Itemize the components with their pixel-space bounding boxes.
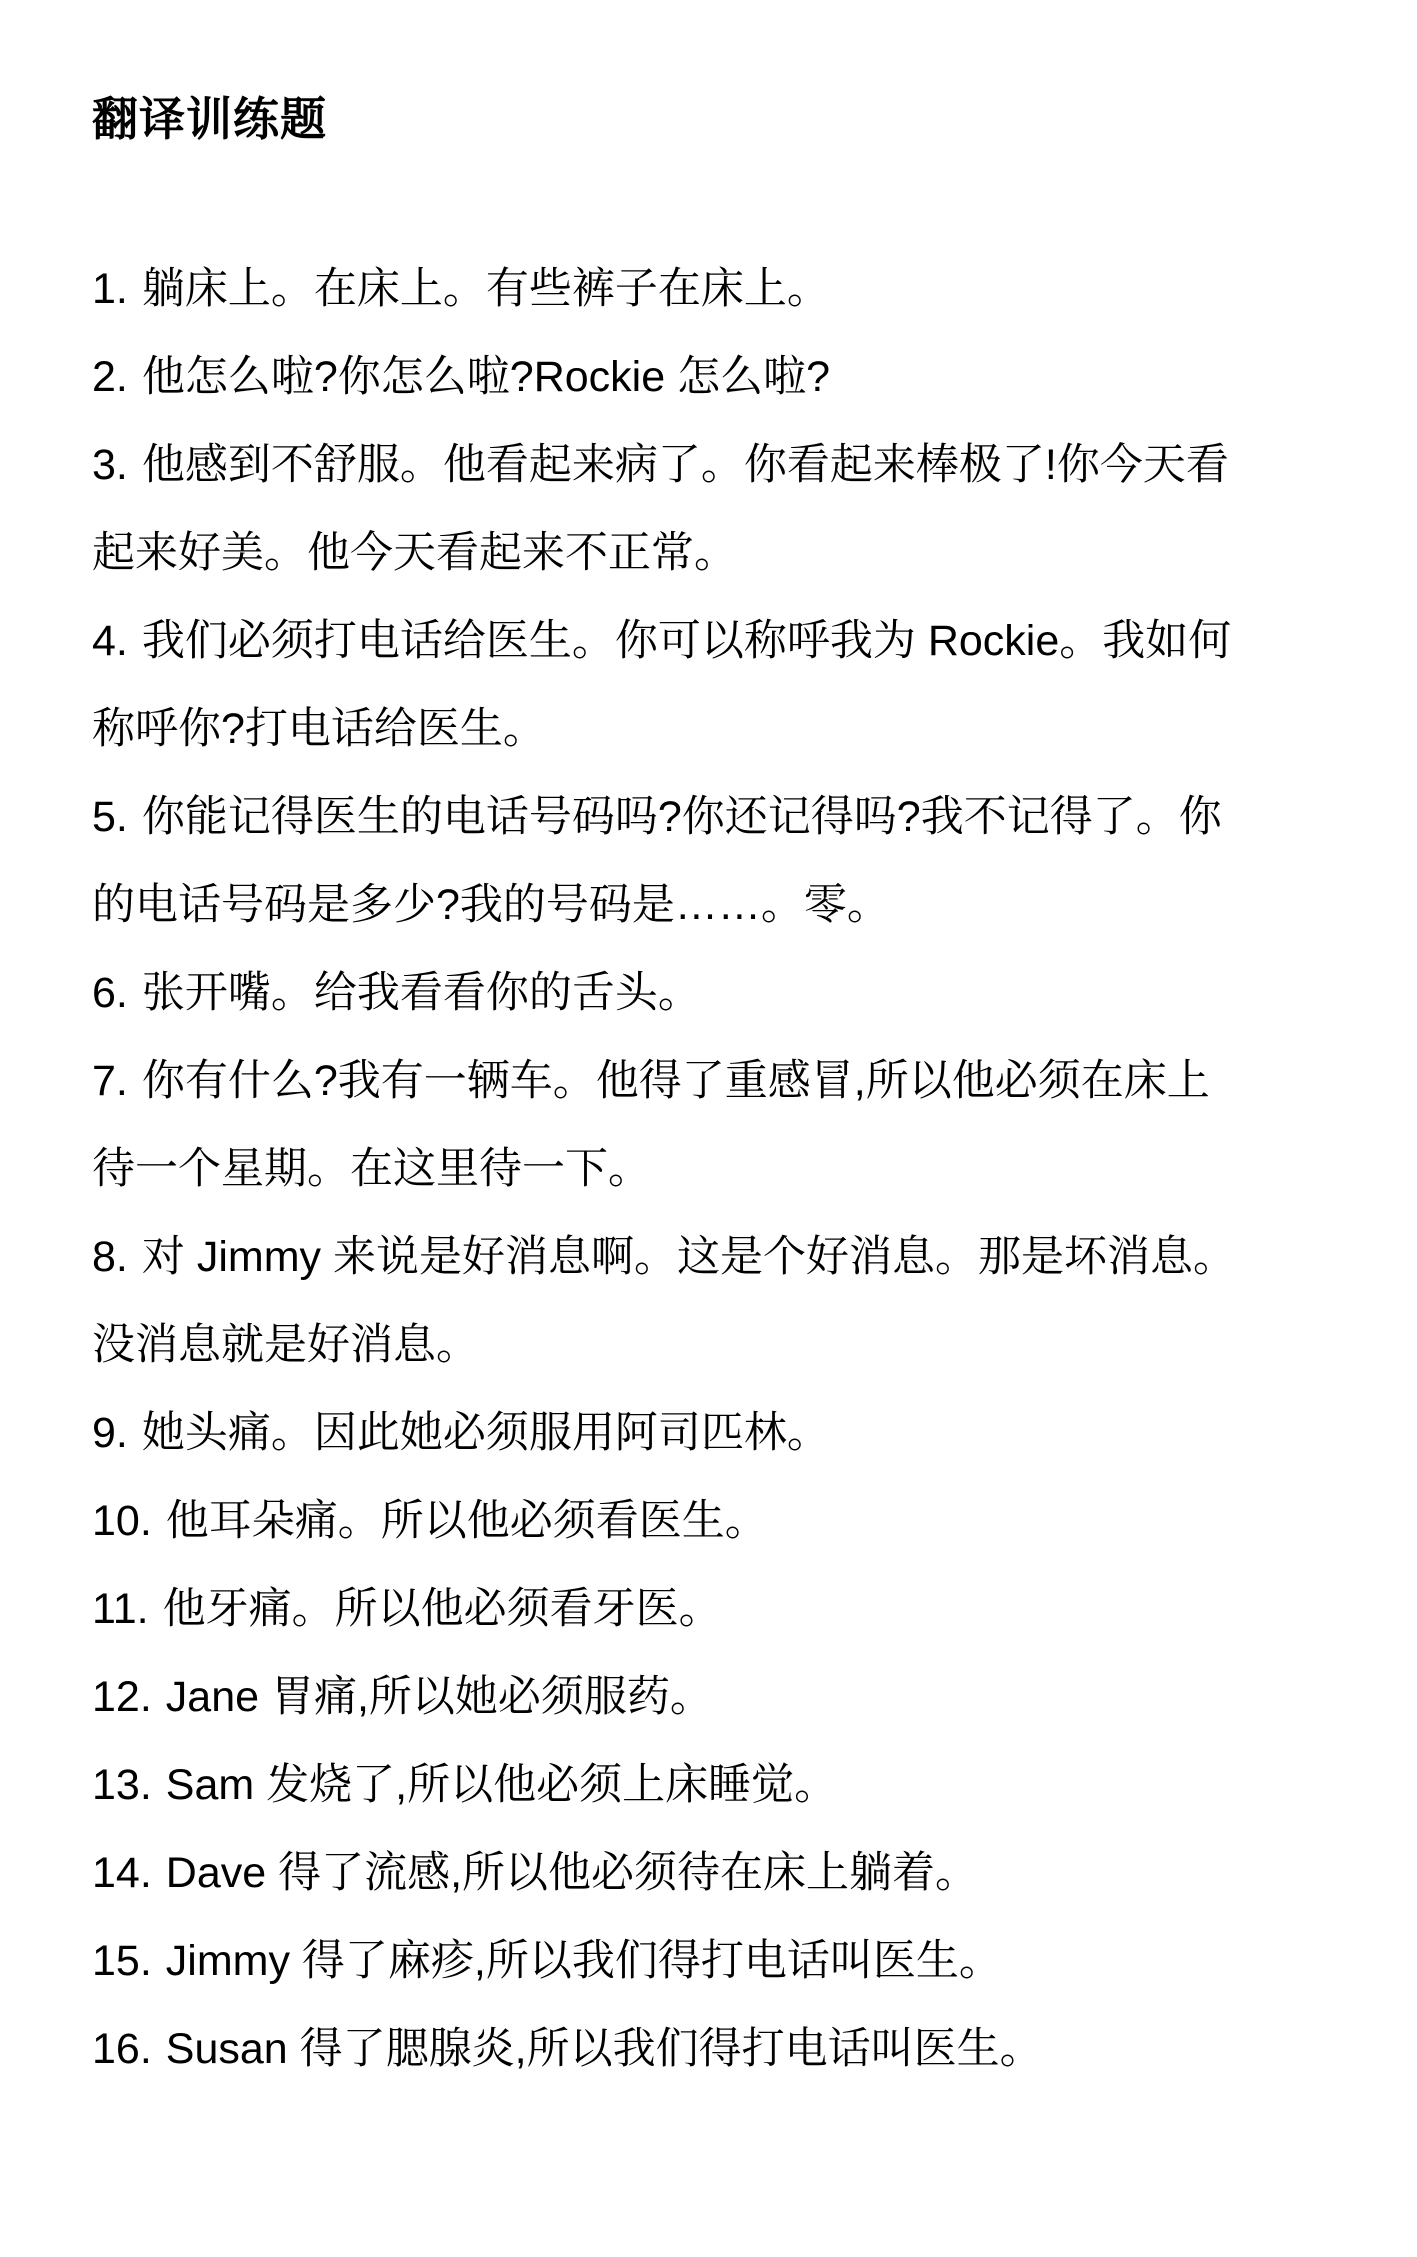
item-line: 3.他感到不舒服。他看起来病了。你看起来棒极了!你今天看	[92, 421, 1331, 509]
item-line-continuation: 没消息就是好消息。	[92, 1301, 1331, 1389]
item-text: 张开嘴。给我看看你的舌头。	[142, 969, 701, 1017]
item-line: 7.你有什么?我有一辆车。他得了重感冒,所以他必须在床上	[92, 1037, 1331, 1125]
exercise-item-9: 9.她头痛。因此她必须服用阿司匹林。	[92, 1389, 1331, 1477]
exercise-item-14: 14.Dave 得了流感,所以他必须待在床上躺着。	[92, 1829, 1331, 1917]
item-line: 10.他耳朵痛。所以他必须看医生。	[92, 1477, 1331, 1565]
exercise-item-13: 13.Sam 发烧了,所以他必须上床睡觉。	[92, 1741, 1331, 1829]
item-text: Dave 得了流感,所以他必须待在床上躺着。	[166, 1849, 978, 1897]
item-number: 5.	[92, 773, 128, 861]
item-line: 6.张开嘴。给我看看你的舌头。	[92, 949, 1331, 1037]
item-line: 4.我们必须打电话给医生。你可以称呼我为 Rockie。我如何	[92, 597, 1331, 685]
item-line: 1.躺床上。在床上。有些裤子在床上。	[92, 245, 1331, 333]
document-page: 翻译训练题 1.躺床上。在床上。有些裤子在床上。 2.他怎么啦?你怎么啦?Roc…	[0, 0, 1417, 2257]
exercise-item-6: 6.张开嘴。给我看看你的舌头。	[92, 949, 1331, 1037]
item-number: 15.	[92, 1917, 152, 2005]
item-number: 4.	[92, 597, 128, 685]
item-line-continuation: 的电话号码是多少?我的号码是……。零。	[92, 861, 1331, 949]
item-text: 对 Jimmy 来说是好消息啊。这是个好消息。那是坏消息。	[142, 1233, 1236, 1281]
item-number: 13.	[92, 1741, 152, 1829]
item-line-continuation: 待一个星期。在这里待一下。	[92, 1125, 1331, 1213]
item-text: Jimmy 得了麻疹,所以我们得打电话叫医生。	[166, 1937, 1002, 1985]
item-line: 14.Dave 得了流感,所以他必须待在床上躺着。	[92, 1829, 1331, 1917]
exercise-item-8: 8.对 Jimmy 来说是好消息啊。这是个好消息。那是坏消息。 没消息就是好消息…	[92, 1213, 1331, 1389]
item-number: 2.	[92, 333, 128, 421]
exercise-item-4: 4.我们必须打电话给医生。你可以称呼我为 Rockie。我如何 称呼你?打电话给…	[92, 597, 1331, 773]
exercise-item-7: 7.你有什么?我有一辆车。他得了重感冒,所以他必须在床上 待一个星期。在这里待一…	[92, 1037, 1331, 1213]
item-line: 9.她头痛。因此她必须服用阿司匹林。	[92, 1389, 1331, 1477]
item-line: 15.Jimmy 得了麻疹,所以我们得打电话叫医生。	[92, 1917, 1331, 2005]
item-text: 他感到不舒服。他看起来病了。你看起来棒极了!你今天看	[142, 441, 1229, 489]
item-text: 他怎么啦?你怎么啦?Rockie 怎么啦?	[142, 353, 830, 401]
item-number: 14.	[92, 1829, 152, 1917]
item-text: 他耳朵痛。所以他必须看医生。	[166, 1497, 768, 1545]
item-number: 7.	[92, 1037, 128, 1125]
item-number: 10.	[92, 1477, 152, 1565]
item-line: 13.Sam 发烧了,所以他必须上床睡觉。	[92, 1741, 1331, 1829]
item-text: 他牙痛。所以他必须看牙医。	[163, 1585, 722, 1633]
item-number: 12.	[92, 1653, 152, 1741]
item-number: 8.	[92, 1213, 128, 1301]
item-line: 8.对 Jimmy 来说是好消息啊。这是个好消息。那是坏消息。	[92, 1213, 1331, 1301]
item-text: 你能记得医生的电话号码吗?你还记得吗?我不记得了。你	[142, 793, 1222, 841]
item-text: 躺床上。在床上。有些裤子在床上。	[142, 265, 830, 313]
exercise-item-3: 3.他感到不舒服。他看起来病了。你看起来棒极了!你今天看 起来好美。他今天看起来…	[92, 421, 1331, 597]
item-text: 她头痛。因此她必须服用阿司匹林。	[142, 1409, 830, 1457]
item-number: 11.	[92, 1565, 149, 1653]
item-line: 16.Susan 得了腮腺炎,所以我们得打电话叫医生。	[92, 2005, 1331, 2093]
item-text: Susan 得了腮腺炎,所以我们得打电话叫医生。	[166, 2025, 1043, 2073]
item-line-continuation: 起来好美。他今天看起来不正常。	[92, 509, 1331, 597]
exercise-item-12: 12.Jane 胃痛,所以她必须服药。	[92, 1653, 1331, 1741]
item-text: 你有什么?我有一辆车。他得了重感冒,所以他必须在床上	[142, 1057, 1210, 1105]
item-number: 16.	[92, 2005, 152, 2093]
exercise-item-11: 11.他牙痛。所以他必须看牙医。	[92, 1565, 1331, 1653]
item-number: 3.	[92, 421, 128, 509]
item-text: Sam 发烧了,所以他必须上床睡觉。	[166, 1761, 837, 1809]
exercise-item-16: 16.Susan 得了腮腺炎,所以我们得打电话叫医生。	[92, 2005, 1331, 2093]
page-title: 翻译训练题	[92, 75, 1331, 163]
item-line: 12.Jane 胃痛,所以她必须服药。	[92, 1653, 1331, 1741]
item-line: 2.他怎么啦?你怎么啦?Rockie 怎么啦?	[92, 333, 1331, 421]
exercise-item-10: 10.他耳朵痛。所以他必须看医生。	[92, 1477, 1331, 1565]
item-text: 我们必须打电话给医生。你可以称呼我为 Rockie。我如何	[142, 617, 1231, 665]
item-line: 5.你能记得医生的电话号码吗?你还记得吗?我不记得了。你	[92, 773, 1331, 861]
item-number: 1.	[92, 245, 128, 333]
item-line: 11.他牙痛。所以他必须看牙医。	[92, 1565, 1331, 1653]
item-text: Jane 胃痛,所以她必须服药。	[166, 1673, 713, 1721]
exercise-item-15: 15.Jimmy 得了麻疹,所以我们得打电话叫医生。	[92, 1917, 1331, 2005]
exercise-item-1: 1.躺床上。在床上。有些裤子在床上。	[92, 245, 1331, 333]
item-line-continuation: 称呼你?打电话给医生。	[92, 685, 1331, 773]
item-number: 9.	[92, 1389, 128, 1477]
item-number: 6.	[92, 949, 128, 1037]
exercise-item-2: 2.他怎么啦?你怎么啦?Rockie 怎么啦?	[92, 333, 1331, 421]
exercise-item-5: 5.你能记得医生的电话号码吗?你还记得吗?我不记得了。你 的电话号码是多少?我的…	[92, 773, 1331, 949]
